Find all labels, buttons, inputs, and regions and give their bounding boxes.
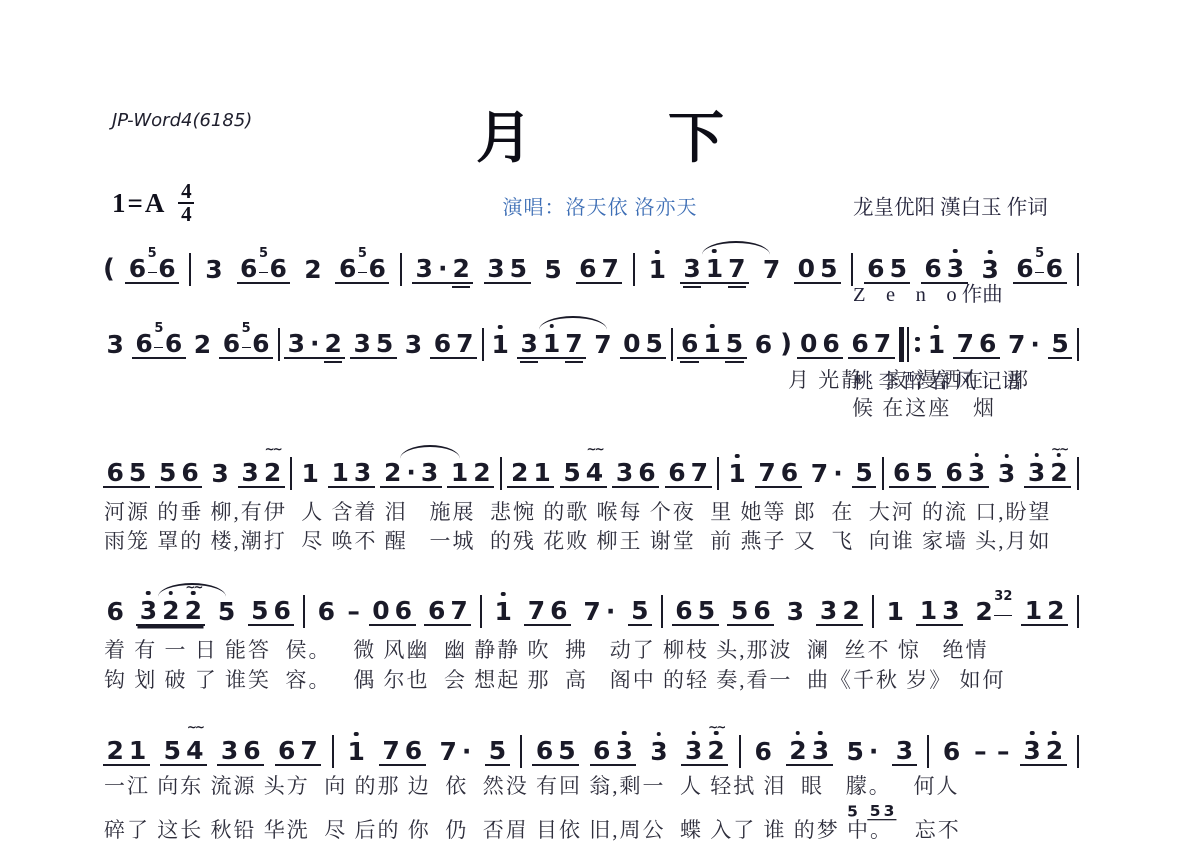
lyric-line5-row-b: 碎了 这长 秋铅 华洗 尽 后的 你 仍 否眉 目依 旧,周公 蝶 入了 谁 的…	[104, 814, 961, 844]
notation-line-5: 2154∼∼36671767·56563332∼∼6235·36––32	[103, 728, 1079, 774]
notation-line-1: (656365626563·235567131770565633656	[103, 246, 1079, 292]
song-title-char-2: 下	[668, 94, 724, 174]
lyric-line4-row-a: 着 有 一 日 能答 侯。 微 风幽 幽 静静 吹 拂 动了 柳枝 头,那波 澜…	[104, 634, 989, 664]
lyric-line5-row-a: 一江 向东 流源 头方 向 的那 边 依 然没 有回 翁,剩一 人 轻拭 泪 眼…	[104, 770, 960, 800]
notation-line-3: 6556332∼∼1132·3122154∼∼36671767·56563332…	[103, 450, 1079, 496]
notation-line-2: 365626563·23536713177056156)06671767·5	[103, 321, 1079, 367]
sheet-music-page: JP-Word4(6185) 月 下 龙皇优阳 漢白玉 作词 Z e n o 作…	[0, 0, 1200, 850]
lyric-line3-row-b: 雨笼 罩的 楼,潮打 尽 唤不 醒 一城 的残 花败 柳王 谢堂 前 燕子 又 …	[104, 525, 1052, 555]
lyric-line3-row-a: 河源 的垂 柳,有伊 人 含着 泪 施展 悲惋 的歌 喉每 个夜 里 她等 郎 …	[104, 496, 1052, 526]
singer-line: 演唱：洛天依 洛亦天	[0, 191, 1200, 220]
lyric-line4-row-b: 钩 划 破 了 谁笑 容。 偶 尔也 会 想起 那 高 阁中 的轻 奏,看一 曲…	[104, 664, 1006, 694]
lyric-line2-row-b: 候 在这座 烟	[852, 392, 996, 422]
lyric-line2-row-a: 月 光静 寂 漫洒在 那	[788, 364, 1030, 394]
notation-line-4: 6322∼∼5566–06671767·5655633211323212	[103, 588, 1079, 634]
song-title-char-1: 月	[476, 94, 532, 174]
